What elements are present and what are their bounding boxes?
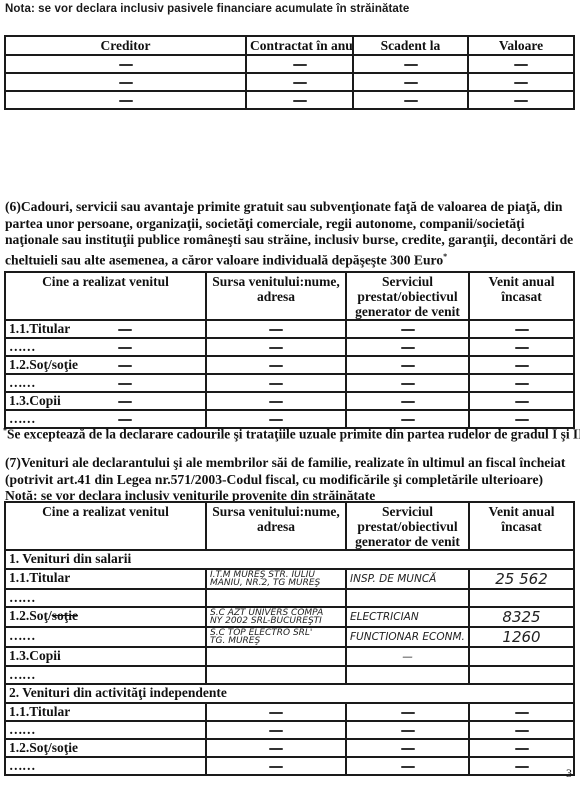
blank-dash (401, 329, 415, 331)
cell (346, 703, 469, 721)
blank-dash (293, 82, 307, 84)
blank-dash (401, 383, 415, 385)
row-label: …… (5, 589, 206, 607)
cell (468, 91, 574, 109)
footnote-text: Se exceptează de la declarare cadourile … (7, 426, 580, 441)
footnote-mark: * (443, 252, 447, 261)
blank-dash (401, 712, 415, 714)
blank-dash (515, 419, 529, 421)
group-row: 1. Venituri din salarii (5, 550, 574, 569)
table-row (5, 91, 574, 109)
row-label: 1.3.Copii (5, 392, 206, 410)
blank-dash (404, 100, 418, 102)
header-scadent: Scadent la (353, 36, 468, 55)
header-income: Venit anual încasat (469, 272, 574, 320)
cell (246, 73, 353, 91)
blank-dash (269, 365, 283, 367)
gifts-header-row: Cine a realizat venitul Sursa venitului:… (5, 272, 574, 320)
blank-dash (269, 730, 283, 732)
cell (5, 91, 246, 109)
cell (346, 320, 469, 338)
income-cell: 8325 (469, 607, 574, 627)
row-label-text: 1.2.Soţ/soţie (9, 357, 78, 372)
table-row: 1.1.TitularI.T.M MUREŞ STR. IULIUMANIU, … (5, 569, 574, 589)
row-label: 1.1.Titular (5, 569, 206, 589)
row-label-text: 1.1.Titular (9, 704, 70, 719)
blank-dash (401, 401, 415, 403)
blank-dash (118, 401, 132, 403)
table-row: …… (5, 721, 574, 739)
table-row: …… (5, 589, 574, 607)
blank-dash (515, 365, 529, 367)
blank-dash (401, 419, 415, 421)
blank-dash (293, 100, 307, 102)
section6-title: (6)Cadouri, servicii sau avantaje primit… (5, 199, 577, 269)
header-contractat: Contractat în anul (246, 36, 353, 55)
cell (206, 374, 346, 392)
header-who: Cine a realizat venitul (5, 272, 206, 320)
header-valoare: Valoare (468, 36, 574, 55)
cell (206, 757, 346, 775)
blank-dash (515, 748, 529, 750)
blank-dash (514, 64, 528, 66)
cell (246, 55, 353, 73)
blank-dash (515, 347, 529, 349)
row-label: …… (5, 374, 206, 392)
table-row: 1.2.Soţ/soţie (5, 356, 574, 374)
cell (469, 374, 574, 392)
row-label-text: …… (9, 375, 35, 390)
cell (469, 757, 574, 775)
row-label-text: 1.3.Copii (9, 393, 61, 408)
blank-dash (515, 766, 529, 768)
row-label: …… (5, 666, 206, 684)
cell (469, 338, 574, 356)
source-cell (206, 666, 346, 684)
blank-dash (515, 712, 529, 714)
cell (206, 703, 346, 721)
top-note: Nota: se vor declara inclusiv pasivele f… (5, 3, 409, 15)
table-row: …… (5, 757, 574, 775)
cell (353, 55, 468, 73)
cell (346, 374, 469, 392)
handwritten-income: 25 562 (495, 570, 548, 588)
blank-dash (514, 100, 528, 102)
cell (346, 392, 469, 410)
table-row: 1.2.Soţ/soţie (5, 739, 574, 757)
table-row: 1.1.Titular (5, 320, 574, 338)
row-label-text: …… (9, 590, 35, 605)
handwritten-income: 8325 (502, 608, 540, 626)
row-label: …… (5, 627, 206, 647)
row-label: …… (5, 721, 206, 739)
source-cell: S.C AZT UNIVERS COMPANY 2002 SRL-BUCUREŞ… (206, 607, 346, 627)
row-label-text: 1.1.Titular (9, 321, 70, 336)
row-label-text: …… (9, 722, 35, 737)
row-label-text: 1.1.Titular (9, 570, 70, 585)
cell (353, 73, 468, 91)
blank-dash (404, 82, 418, 84)
cell (469, 392, 574, 410)
cell (206, 739, 346, 757)
cell (206, 320, 346, 338)
source-cell: I.T.M MUREŞ STR. IULIUMANIU, NR.2, TG MU… (206, 569, 346, 589)
blank-dash (404, 64, 418, 66)
section6-footnote: *Se exceptează de la declarare cadourile… (3, 426, 580, 442)
row-label-text: 1.3.Copii (9, 648, 61, 663)
source-cell (206, 589, 346, 607)
handwritten-source-line2: TG. MUREŞ (210, 637, 342, 645)
cell (468, 73, 574, 91)
header-service: Serviciul prestat/obiectivul generator d… (346, 502, 469, 550)
section6-title-text: (6)Cadouri, servicii sau avantaje primit… (5, 199, 573, 267)
blank-dash (118, 419, 132, 421)
row-label: …… (5, 757, 206, 775)
row-label: 1.1.Titular (5, 320, 206, 338)
blank-dash (269, 329, 283, 331)
cell (206, 338, 346, 356)
header-source: Sursa venitului:nume, adresa (206, 502, 346, 550)
group-row: 2. Venituri din activităţi independente (5, 684, 574, 703)
table-row (5, 55, 574, 73)
cell (353, 91, 468, 109)
service-cell (346, 666, 469, 684)
header-who: Cine a realizat venitul (5, 502, 206, 550)
blank-dash (293, 64, 307, 66)
blank-dash (118, 329, 132, 331)
income-cell: 25 562 (469, 569, 574, 589)
blank-dash (118, 365, 132, 367)
table-row: 1.1.Titular (5, 703, 574, 721)
row-label-text: …… (9, 628, 35, 643)
table-row: …… (5, 338, 574, 356)
blank-dash (269, 419, 283, 421)
service-cell: — (346, 647, 469, 666)
blank-dash (514, 82, 528, 84)
blank-dash (269, 712, 283, 714)
blank-dash (401, 730, 415, 732)
group-title: 1. Venituri din salarii (5, 550, 574, 569)
row-label: 1.1.Titular (5, 703, 206, 721)
income-cell: 1260 (469, 627, 574, 647)
source-cell: S.C TOP ELECTRO SRL'TG. MUREŞ (206, 627, 346, 647)
table-row: 1.3.Copii— (5, 647, 574, 666)
blank-dash (118, 383, 132, 385)
blank-dash (401, 365, 415, 367)
handwritten-service: FUNCTIONAR ECONM. (350, 631, 465, 643)
header-source: Sursa venitului:nume, adresa (206, 272, 346, 320)
blank-dash (269, 383, 283, 385)
row-label: …… (5, 338, 206, 356)
row-label-text: 1.2.Soţ/ (9, 608, 52, 623)
handwritten-source-line2: NY 2002 SRL-BUCUREŞTI (210, 617, 342, 625)
blank-dash (118, 347, 132, 349)
blank-dash (515, 383, 529, 385)
blank-dash (515, 401, 529, 403)
group-title: 2. Venituri din activităţi independente (5, 684, 574, 703)
blank-dash (401, 347, 415, 349)
header-creditor: Creditor (5, 36, 246, 55)
cell (206, 392, 346, 410)
income-table: Cine a realizat venitul Sursa venitului:… (4, 501, 575, 776)
blank-dash (119, 100, 133, 102)
row-label: 1.3.Copii (5, 647, 206, 666)
handwritten-service: — (402, 651, 413, 663)
cell (5, 55, 246, 73)
row-label-text: …… (9, 411, 35, 426)
blank-dash (401, 748, 415, 750)
cell (468, 55, 574, 73)
blank-dash (515, 730, 529, 732)
cell (469, 356, 574, 374)
cell (469, 739, 574, 757)
handwritten-source-line2: MANIU, NR.2, TG MUREŞ (210, 579, 342, 587)
blank-dash (269, 748, 283, 750)
blank-dash (269, 766, 283, 768)
service-cell: ELECTRICIAN (346, 607, 469, 627)
handwritten-service: INSP. DE MUNCĂ (350, 573, 436, 585)
income-header-row: Cine a realizat venitul Sursa venitului:… (5, 502, 574, 550)
cell (346, 757, 469, 775)
income-cell (469, 666, 574, 684)
cell (346, 338, 469, 356)
cell (346, 739, 469, 757)
row-label: 1.2.Soţ/soţie (5, 739, 206, 757)
table-row (5, 73, 574, 91)
cell (346, 356, 469, 374)
service-cell (346, 589, 469, 607)
table-row: 1.2.Soţ/soţieS.C AZT UNIVERS COMPANY 200… (5, 607, 574, 627)
header-service: Serviciul prestat/obiectivul generator d… (346, 272, 469, 320)
blank-dash (269, 347, 283, 349)
table-row: …… (5, 666, 574, 684)
row-label-text: 1.2.Soţ/soţie (9, 740, 78, 755)
section7-title: (7)Venituri ale declarantului şi ale mem… (5, 455, 577, 488)
page-number: 3 (566, 766, 572, 781)
table-row: …… (5, 374, 574, 392)
cell (246, 91, 353, 109)
income-cell (469, 647, 574, 666)
cell (346, 721, 469, 739)
cell (206, 356, 346, 374)
service-cell: FUNCTIONAR ECONM. (346, 627, 469, 647)
cell (469, 703, 574, 721)
handwritten-income: 1260 (502, 628, 540, 646)
struck-label-text: soţie (52, 608, 78, 623)
handwritten-service: ELECTRICIAN (350, 611, 419, 623)
cell (5, 73, 246, 91)
cell (206, 721, 346, 739)
source-cell (206, 647, 346, 666)
income-cell (469, 589, 574, 607)
blank-dash (401, 766, 415, 768)
row-label-text: …… (9, 667, 35, 682)
cell (469, 721, 574, 739)
debts-table: Creditor Contractat în anul Scadent la V… (4, 35, 575, 110)
blank-dash (515, 329, 529, 331)
blank-dash (119, 82, 133, 84)
blank-dash (269, 401, 283, 403)
gifts-table: Cine a realizat venitul Sursa venitului:… (4, 271, 575, 429)
header-income: Venit anual încasat (469, 502, 574, 550)
service-cell: INSP. DE MUNCĂ (346, 569, 469, 589)
table-row: 1.3.Copii (5, 392, 574, 410)
row-label: 1.2.Soţ/soţie (5, 356, 206, 374)
debts-header-row: Creditor Contractat în anul Scadent la V… (5, 36, 574, 55)
row-label-text: …… (9, 339, 35, 354)
row-label: 1.2.Soţ/soţie (5, 607, 206, 627)
row-label-text: …… (9, 758, 35, 773)
table-row: ……S.C TOP ELECTRO SRL'TG. MUREŞFUNCTIONA… (5, 627, 574, 647)
cell (469, 320, 574, 338)
blank-dash (119, 64, 133, 66)
